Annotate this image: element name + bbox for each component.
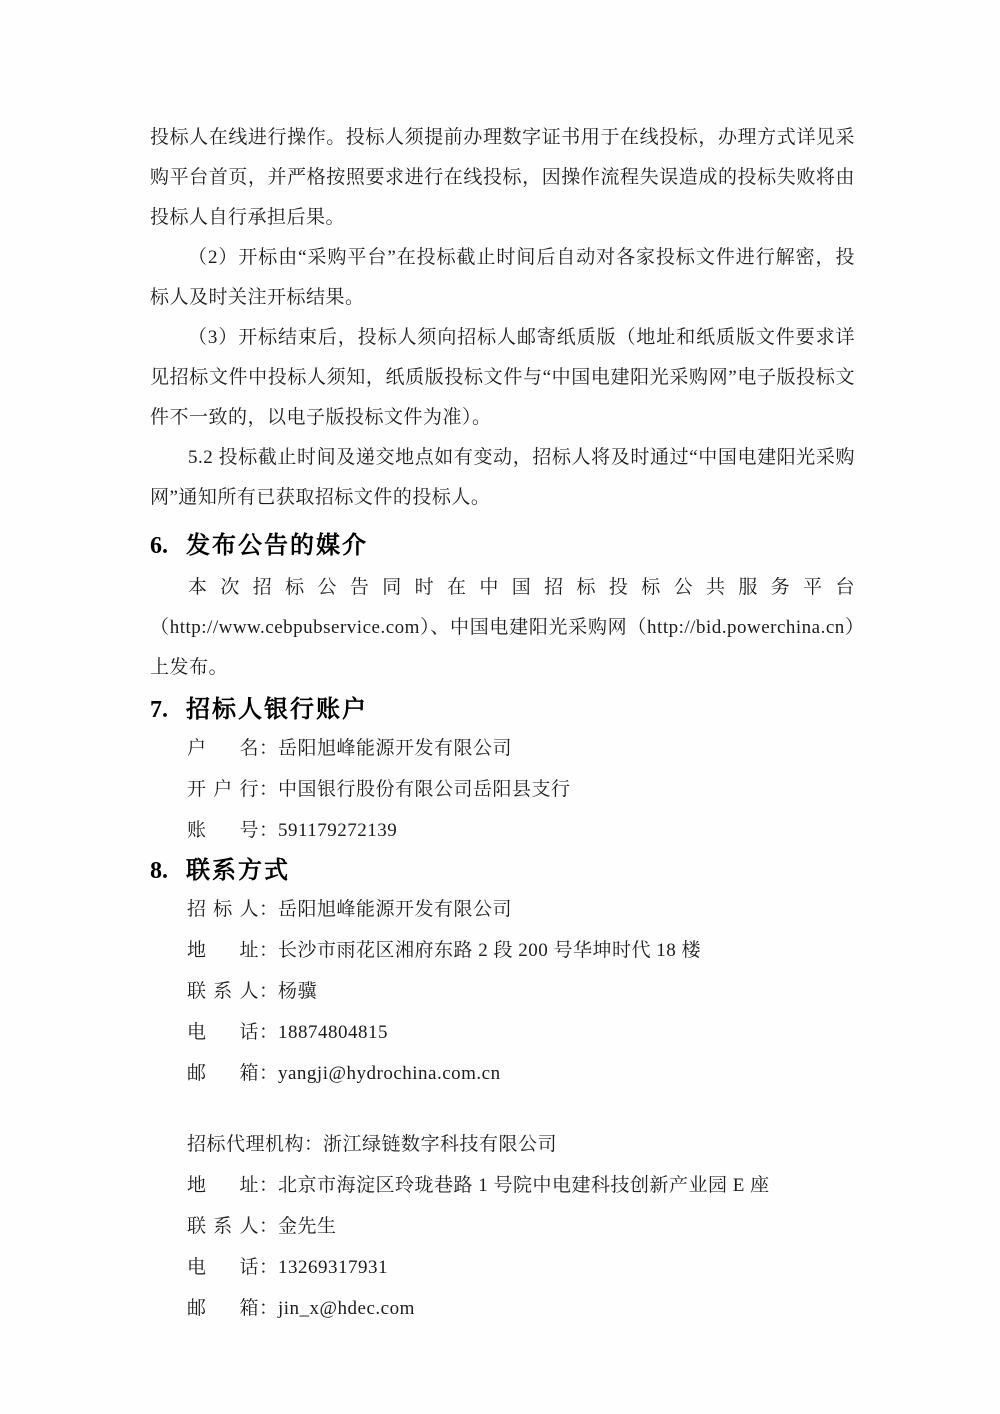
- bank-branch-label: 开户行: [187, 769, 259, 810]
- tenderer-label: 招标人: [187, 889, 259, 930]
- document-content: 投标人在线进行操作。投标人须提前办理数字证书用于在线投标，办理方式详见采购平台首…: [0, 0, 1000, 1329]
- colon: ：: [259, 810, 278, 851]
- paragraph-bid-opening: （2）开标由“采购平台”在投标截止时间后自动对各家投标文件进行解密，投标人及时关…: [150, 238, 855, 318]
- section-title: 发布公告的媒介: [186, 528, 368, 564]
- agency-name-label: 招标代理机构: [187, 1124, 304, 1165]
- paragraph-media-body: 本次招标公告同时在中国招标投标公共服务平台（http://www.cebpubs…: [150, 568, 855, 688]
- agency-name-value: 浙江绿链数字科技有限公司: [323, 1124, 557, 1165]
- paragraph-deadline-change: 5.2 投标截止时间及递交地点如有变动，招标人将及时通过“中国电建阳光采购网”通…: [150, 438, 855, 518]
- address-value: 长沙市雨花区湘府东路 2 段 200 号华坤时代 18 楼: [278, 930, 701, 971]
- tenderer-contact-rows: 招标人：岳阳旭峰能源开发有限公司 地址：长沙市雨花区湘府东路 2 段 200 号…: [150, 889, 855, 1329]
- agency-phone-row: 电话：13269317931: [187, 1247, 855, 1288]
- agency-address-row: 地址：北京市海淀区玲珑巷路 1 号院中电建科技创新产业园 E 座: [187, 1165, 855, 1206]
- tenderer-address-row: 地址：长沙市雨花区湘府东路 2 段 200 号华坤时代 18 楼: [187, 930, 855, 971]
- section-heading-contact: 8. 联系方式: [150, 853, 855, 889]
- colon: ：: [259, 1206, 278, 1247]
- section-heading-media: 6. 发布公告的媒介: [150, 528, 855, 564]
- account-name-row: 户名：岳阳旭峰能源开发有限公司: [187, 728, 855, 769]
- address-label: 地址: [187, 1165, 259, 1206]
- phone-label: 电话: [187, 1012, 259, 1053]
- section-heading-bank-account: 7. 招标人银行账户: [150, 692, 855, 728]
- bank-account-rows: 户名：岳阳旭峰能源开发有限公司 开户行：中国银行股份有限公司岳阳县支行 账号：5…: [150, 728, 855, 851]
- agency-contact-person-row: 联系人：金先生: [187, 1206, 855, 1247]
- agency-email-row: 邮箱：jin_x@hdec.com: [187, 1288, 855, 1329]
- colon: ：: [259, 1247, 278, 1288]
- bank-branch-value: 中国银行股份有限公司岳阳县支行: [278, 769, 571, 810]
- email-value: jin_x@hdec.com: [278, 1288, 415, 1329]
- section-number: 8.: [150, 853, 186, 889]
- section-title: 招标人银行账户: [186, 692, 368, 728]
- account-number-label: 账号: [187, 810, 259, 851]
- tenderer-email-row: 邮箱：yangji@hydrochina.com.cn: [187, 1053, 855, 1094]
- paragraph-paper-copy: （3）开标结束后，投标人须向招标人邮寄纸质版（地址和纸质版文件要求详见招标文件中…: [150, 318, 855, 438]
- email-label: 邮箱: [187, 1288, 259, 1329]
- colon: ：: [259, 1012, 278, 1053]
- account-name-value: 岳阳旭峰能源开发有限公司: [278, 728, 512, 769]
- section-number: 6.: [150, 528, 186, 564]
- address-label: 地址: [187, 930, 259, 971]
- tenderer-value: 岳阳旭峰能源开发有限公司: [278, 889, 512, 930]
- contact-person-label: 联系人: [187, 971, 259, 1012]
- colon: ：: [259, 1053, 278, 1094]
- section-title: 联系方式: [186, 853, 290, 889]
- colon: ：: [259, 769, 278, 810]
- email-label: 邮箱: [187, 1053, 259, 1094]
- colon: ：: [259, 889, 278, 930]
- colon: ：: [259, 1288, 278, 1329]
- address-value: 北京市海淀区玲珑巷路 1 号院中电建科技创新产业园 E 座: [278, 1165, 770, 1206]
- paragraph-online-bidding: 投标人在线进行操作。投标人须提前办理数字证书用于在线投标，办理方式详见采购平台首…: [150, 118, 855, 238]
- agency-name-row: 招标代理机构：浙江绿链数字科技有限公司: [187, 1124, 855, 1165]
- section-number: 7.: [150, 692, 186, 728]
- colon: ：: [304, 1124, 323, 1165]
- tenderer-row: 招标人：岳阳旭峰能源开发有限公司: [187, 889, 855, 930]
- colon: ：: [259, 971, 278, 1012]
- email-value: yangji@hydrochina.com.cn: [278, 1053, 501, 1094]
- agency-contact-rows: 招标代理机构：浙江绿链数字科技有限公司 地址：北京市海淀区玲珑巷路 1 号院中电…: [187, 1124, 855, 1329]
- colon: ：: [259, 930, 278, 971]
- phone-value: 18874804815: [278, 1012, 388, 1053]
- account-number-value: 591179272139: [278, 810, 397, 851]
- contact-person-value: 金先生: [278, 1206, 337, 1247]
- contact-person-value: 杨骥: [278, 971, 317, 1012]
- bank-branch-row: 开户行：中国银行股份有限公司岳阳县支行: [187, 769, 855, 810]
- account-name-label: 户名: [187, 728, 259, 769]
- contact-person-label: 联系人: [187, 1206, 259, 1247]
- phone-label: 电话: [187, 1247, 259, 1288]
- tenderer-phone-row: 电话：18874804815: [187, 1012, 855, 1053]
- colon: ：: [259, 1165, 278, 1206]
- document-page: 投标人在线进行操作。投标人须提前办理数字证书用于在线投标，办理方式详见采购平台首…: [0, 0, 1000, 1414]
- phone-value: 13269317931: [278, 1247, 388, 1288]
- tenderer-contact-person-row: 联系人：杨骥: [187, 971, 855, 1012]
- account-number-row: 账号：591179272139: [187, 810, 855, 851]
- colon: ：: [259, 728, 278, 769]
